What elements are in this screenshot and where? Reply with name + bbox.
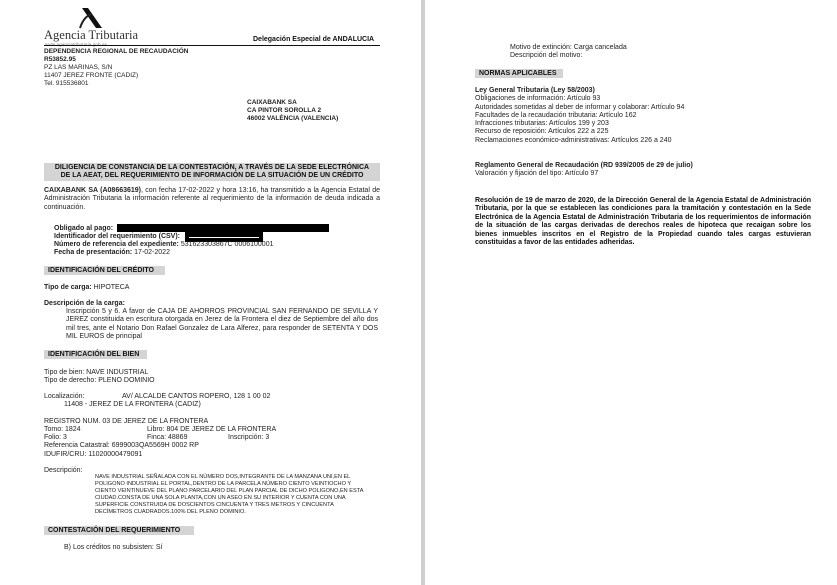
lgt-item: Facultades de la recaudación tributaria:… xyxy=(475,112,684,120)
lgt-title: Ley General Tributaria (Ley 58/2003) xyxy=(475,87,684,95)
title-line-1: DILIGENCIA DE CONSTANCIA DE LA CONTESTAC… xyxy=(44,164,380,172)
section-bien-heading: IDENTIFICACIÓN DEL BIEN xyxy=(44,350,147,359)
fecha-value: 17-02-2022 xyxy=(134,249,170,256)
ref-value: 531623303867C 0006100001 xyxy=(181,241,274,248)
recipient-name: CAIXABANK SA xyxy=(247,99,338,107)
office-phone: Tel. 915536801 xyxy=(44,80,188,88)
intro-entity: CAIXABANK SA (A08663619) xyxy=(44,187,141,194)
recipient-city: 46002 VALÈNCIA (VALENCIA) xyxy=(247,115,338,123)
document-page-1: Agencia Tributaria sede.agenciatributari… xyxy=(0,0,422,585)
rgr-item: Valoración y fijación del tipo: Artículo… xyxy=(475,170,693,178)
office-street: PZ LAS MARINAS, S/N xyxy=(44,64,188,72)
bien-desc-value: NAVE INDUSTRIAL SEÑALADA CON EL NÚMERO D… xyxy=(95,474,365,517)
lgt-block: Ley General Tributaria (Ley 58/2003) Obl… xyxy=(475,87,684,145)
logo-name: Agencia Tributaria xyxy=(44,28,138,43)
office-city: 11407 JEREZ FRONTE (CADIZ) xyxy=(44,72,188,80)
redacted-block xyxy=(117,224,329,232)
referencia-catastral: Referencia Catastral: 6999003QA5569H 000… xyxy=(44,442,199,450)
page-divider xyxy=(421,0,425,585)
document-title: DILIGENCIA DE CONSTANCIA DE LA CONTESTAC… xyxy=(44,163,380,181)
descripcion-motivo: Descripción del motivo: xyxy=(510,52,582,60)
fecha-label: Fecha de presentación: xyxy=(54,249,132,256)
intro-paragraph: CAIXABANK SA (A08663619), con fecha 17-0… xyxy=(44,187,380,212)
recipient-street: CA PINTOR SOROLLA 2 xyxy=(247,107,338,115)
inscripcion: Inscripción: 3 xyxy=(228,434,269,442)
fecha-row: Fecha de presentación: 17-02-2022 xyxy=(54,249,170,257)
office-address: DEPENDENCIA REGIONAL DE RECAUDACIÓN R538… xyxy=(44,48,188,88)
tipo-derecho: Tipo de derecho: PLENO DOMINIO xyxy=(44,377,155,385)
lgt-item: Autoridades sometidas al deber de inform… xyxy=(475,104,684,112)
lgt-item: Obligaciones de información: Artículo 93 xyxy=(475,95,684,103)
tipo-carga: Tipo de carga: HIPOTECA xyxy=(44,284,129,292)
header-rule xyxy=(44,45,380,46)
lgt-item: Recurso de reposición: Artículos 222 a 2… xyxy=(475,128,684,136)
rgr-block: Reglamento General de Recaudación (RD 93… xyxy=(475,162,693,179)
aeat-logo-icon xyxy=(74,8,104,30)
contestacion-answer: B) Los créditos no subsisten: Sí xyxy=(64,544,162,552)
localizacion-line2: 11408 - JEREZ DE LA FRONTERA (CADIZ) xyxy=(64,401,201,409)
ref-label: Número de referencia del expediente: xyxy=(54,241,179,248)
rgr-title: Reglamento General de Recaudación (RD 93… xyxy=(475,162,693,170)
document-page-2: Motivo de extinción: Carga cancelada Des… xyxy=(426,0,837,585)
csv-label: Identificador del requerimiento (CSV): xyxy=(54,233,180,240)
recipient-address: CAIXABANK SA CA PINTOR SOROLLA 2 46002 V… xyxy=(247,99,338,123)
section-normas-heading: NORMAS APLICABLES xyxy=(475,69,563,78)
obligado-label: Obligado al pago: xyxy=(54,225,113,232)
tipo-carga-value: HIPOTECA xyxy=(94,284,130,291)
resolucion-paragraph: Resolución de 19 de marzo de 2020, de la… xyxy=(475,197,811,247)
office-code: R53852.95 xyxy=(44,56,188,64)
lgt-item: Infracciones tributarias: Artículos 199 … xyxy=(475,120,684,128)
title-line-2: DE LA AEAT, DEL REQUERIMIENTO DE INFORMA… xyxy=(44,172,380,180)
delegation-title: Delegación Especial de ANDALUCIA xyxy=(253,36,374,43)
tipo-carga-label: Tipo de carga: xyxy=(44,284,92,291)
bien-desc-label: Descripción: xyxy=(44,467,83,475)
idufir: IDUFIR/CRU: 11020000479091 xyxy=(44,451,142,459)
section-credito-heading: IDENTIFICACIÓN DEL CRÉDITO xyxy=(44,266,165,275)
desc-carga-value: Inscripción 5 y 6. A favor de CAJA DE AH… xyxy=(66,308,378,341)
lgt-item: Reclamaciones económico-administrativas:… xyxy=(475,137,684,145)
section-contestacion-heading: CONTESTACIÓN DEL REQUERIMIENTO xyxy=(44,526,194,535)
department: DEPENDENCIA REGIONAL DE RECAUDACIÓN xyxy=(44,48,188,56)
